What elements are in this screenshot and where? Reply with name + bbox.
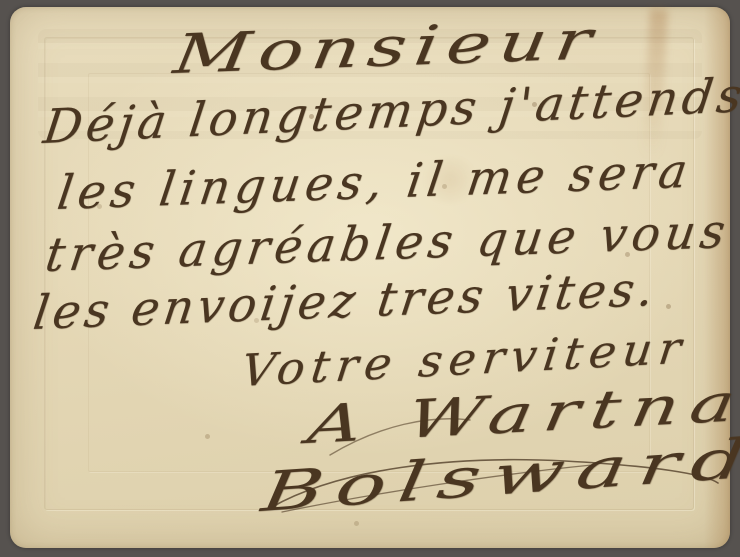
foxing-specks — [10, 7, 13, 10]
handwriting-line-salutation: Monsieur — [170, 13, 603, 82]
photo-backdrop: Monsieur Déjà longtemps j'attends les li… — [0, 0, 740, 557]
